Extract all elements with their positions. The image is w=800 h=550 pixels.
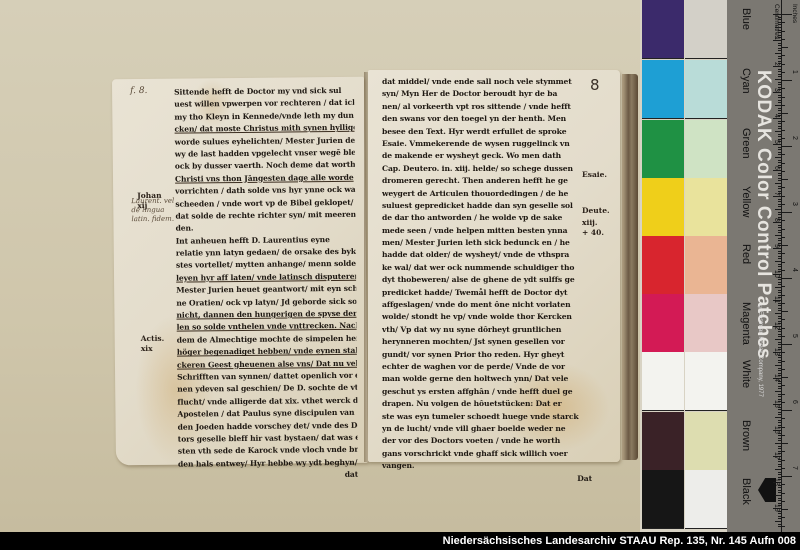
ruler-inch-tick xyxy=(782,196,785,197)
kodak-color-control-chart: BlueCyanGreenYellowRedMagentaWhiteBrownB… xyxy=(640,0,800,532)
ruler-cm-number: 12 xyxy=(773,322,780,330)
ruler-tick xyxy=(778,438,781,439)
margin-note-actis: Actis. xix xyxy=(141,334,165,354)
text-line: de dar tho antworden / he wolde vp de sa… xyxy=(382,212,592,224)
ruler-cm-number: 14 xyxy=(773,374,780,382)
ruler-inch-tick xyxy=(782,410,792,411)
text-line: der vor des Doctors voeten / vnde he wor… xyxy=(382,435,592,447)
ruler-inch-tick xyxy=(782,336,785,337)
ruler-tick xyxy=(778,282,781,283)
color-patch-red-dark xyxy=(642,236,684,295)
ruler-inch-number: 3 xyxy=(791,202,798,206)
color-patch-cyan-light xyxy=(685,60,727,119)
text-line: den hals entwey/ Hyr hebbe wy ydt beghyn… xyxy=(178,456,358,470)
chart-title: KODAK Color Control Patches xyxy=(752,70,774,359)
margin-note-johan: Johan xij xyxy=(137,191,162,211)
ruler-tick xyxy=(775,443,781,444)
ruler-tick xyxy=(778,487,781,488)
margin-note: Esaie. xyxy=(582,170,607,180)
ruler-inch-tick xyxy=(782,237,785,238)
ruler-tick xyxy=(778,186,781,187)
ruler-tick xyxy=(778,108,781,109)
ruler-tick xyxy=(773,248,781,249)
ruler-tick xyxy=(773,118,781,119)
text-line: geschut ys ersten affghân / vnde hefft d… xyxy=(382,386,592,398)
color-patch-brown-dark xyxy=(642,412,684,471)
ruler-tick xyxy=(775,53,781,54)
ruler-tick xyxy=(778,43,781,44)
ruler-inch-tick xyxy=(782,352,785,353)
ruler-inch-tick xyxy=(782,468,785,469)
ruler-inch-tick xyxy=(782,418,785,419)
patch-label: Red xyxy=(732,244,752,264)
ruler-tick xyxy=(778,258,781,259)
ruler-tick xyxy=(778,76,781,77)
ruler-tick xyxy=(775,157,781,158)
ruler-tick xyxy=(778,230,781,231)
ruler-tick xyxy=(778,256,781,257)
text-line: dat solde de rechte richter syn/ mit mee… xyxy=(175,209,355,223)
ruler-tick xyxy=(778,152,781,153)
ruler-tick xyxy=(778,102,781,103)
ruler-inch-tick xyxy=(782,319,785,320)
ruler-tick xyxy=(775,495,781,496)
ruler-inch-tick xyxy=(782,245,788,246)
text-line: wolde/ stondt he vp/ vnde wolde thor Ker… xyxy=(382,311,592,323)
ruler-inch-tick xyxy=(782,377,788,378)
ruler-inch-tick xyxy=(782,476,792,477)
ruler-tick xyxy=(778,370,781,371)
ruler-inch-tick xyxy=(782,179,788,180)
patch-label: Magenta xyxy=(732,302,752,345)
ruler-tick xyxy=(778,362,781,363)
ruler-tick xyxy=(778,56,781,57)
patch-label: Yellow xyxy=(732,186,752,217)
ruler-cm-number: 5 xyxy=(773,140,780,144)
color-patch-magenta-dark xyxy=(642,294,684,353)
ruler-tick xyxy=(775,79,781,80)
ruler-tick xyxy=(778,123,781,124)
color-patch-blue-light xyxy=(685,0,727,59)
ruler-tick xyxy=(778,334,781,335)
ruler-cm-number: 9 xyxy=(773,244,780,248)
ruler-cm-number: 8 xyxy=(773,218,780,222)
ruler-inch-tick xyxy=(782,509,788,510)
color-patch-magenta-light xyxy=(685,294,727,353)
ruler-inch-tick xyxy=(782,460,785,461)
text-line: dat xyxy=(178,469,358,483)
ruler-tick xyxy=(775,417,781,418)
text-line: herynneren mochten/ Jst synen gesellen v… xyxy=(382,336,592,348)
ruler-tick xyxy=(778,412,781,413)
book-fore-edge xyxy=(622,74,638,460)
chart-copyright: ©Eastman Kodak Company, 1977 xyxy=(757,305,763,397)
ruler-tick xyxy=(778,396,781,397)
ruler-inch-tick xyxy=(782,517,785,518)
ruler-inch-number: 6 xyxy=(791,400,798,404)
ruler-tick xyxy=(778,188,781,189)
ruler-inch-tick xyxy=(782,328,785,329)
ruler-inch-tick xyxy=(782,47,788,48)
ruler-tick xyxy=(778,284,781,285)
text-line: predicket hadde/ Twemål hefft de Doctor … xyxy=(382,287,592,299)
text-line: echter de waghen vor de perde/ Vnde de v… xyxy=(382,361,592,373)
ruler-tick xyxy=(775,365,781,366)
archive-caption: Niedersächsisches Landesarchiv STAAU Rep… xyxy=(0,532,800,550)
ruler-inch-tick xyxy=(782,154,785,155)
ruler-tick xyxy=(773,40,781,41)
ruler-tick xyxy=(778,518,781,519)
ruler-tick xyxy=(778,292,781,293)
ruler-cm-number: 16 xyxy=(773,426,780,434)
ruler-inch-tick xyxy=(782,286,785,287)
color-patch-red-light xyxy=(685,236,727,295)
text-line: ste was eyn tumeler schoedt huege vnde s… xyxy=(382,411,592,423)
ruler-label-inches: Inches xyxy=(791,4,798,23)
ruler-tick xyxy=(778,160,781,161)
ruler-cm-number: 13 xyxy=(773,348,780,356)
ruler-tick xyxy=(773,196,781,197)
color-patch-white-dark xyxy=(642,352,684,411)
ruler-tick xyxy=(778,310,781,311)
ruler-cm-number: 4 xyxy=(773,114,780,118)
ruler-inch-tick xyxy=(782,187,785,188)
ruler-tick xyxy=(775,235,781,236)
text-line: hadde dat older/ de wysheyt/ vnde de vth… xyxy=(382,249,592,261)
ruler-tick xyxy=(778,24,781,25)
ruler-cm-number: 15 xyxy=(773,400,780,408)
ruler-tick xyxy=(778,344,781,345)
text-line: dat middel/ vnde ende sall noch vele sty… xyxy=(382,76,592,88)
ruler-tick xyxy=(778,110,781,111)
ruler-tick xyxy=(778,240,781,241)
patch-label: Cyan xyxy=(732,68,752,94)
color-patch-black-dark xyxy=(642,470,684,529)
ruler-inch-tick xyxy=(782,204,785,205)
ruler-inch-tick xyxy=(782,394,785,395)
ruler-tick xyxy=(778,386,781,387)
ruler-tick xyxy=(778,128,781,129)
ruler-inch-tick xyxy=(782,212,792,213)
ruler-inch-tick xyxy=(782,369,785,370)
ruler-inch-tick xyxy=(782,451,785,452)
margin-note: + 40. xyxy=(582,228,604,238)
ruler-cm-number: 6 xyxy=(773,166,780,170)
ruler-inch-tick xyxy=(782,121,785,122)
ruler-tick xyxy=(778,227,781,228)
color-patch-green-light xyxy=(685,120,727,179)
left-page-text: Sittende hefft de Doctor my vnd sick sul… xyxy=(174,85,358,483)
ruler-tick xyxy=(778,48,781,49)
ruler-tick xyxy=(775,287,781,288)
ruler-tick xyxy=(778,524,781,525)
ruler-tick xyxy=(778,214,781,215)
ruler-tick xyxy=(778,388,781,389)
ruler-tick xyxy=(775,105,781,106)
text-line: suluest gepredicket hadde dan syn gesell… xyxy=(382,200,592,212)
text-line: dromeren gerecht. Then anderen hefft he … xyxy=(382,175,592,187)
ruler-tick xyxy=(778,173,781,174)
ruler-tick xyxy=(778,22,781,23)
ruler-inch-tick xyxy=(782,385,785,386)
ruler-inch-tick xyxy=(782,493,785,494)
ruler-tick xyxy=(778,336,781,337)
ruler-inch-tick xyxy=(782,72,785,73)
ruler-inch-tick xyxy=(782,295,785,296)
ruler-inch-tick xyxy=(782,270,785,271)
ruler-inch-tick xyxy=(782,311,788,312)
text-line: besee den Text. Hyr werdt erfullet de sp… xyxy=(382,126,592,138)
ruler-tick xyxy=(778,253,781,254)
color-patch-brown-light xyxy=(685,412,727,471)
folio-mark-handwritten: f. 8. xyxy=(130,87,147,96)
ruler-tick xyxy=(775,209,781,210)
margin-note-text: Actis. xyxy=(141,334,165,344)
ruler-tick xyxy=(778,17,781,18)
ruler-inch-number: 2 xyxy=(791,136,798,140)
ruler-tick xyxy=(773,14,781,15)
open-book: f. 8. Laurent. vel de lingua latin. fide… xyxy=(110,66,640,466)
text-line: vth/ Vp dat wy nu syne dôrheyt gruntlich… xyxy=(382,324,592,336)
text-line: de makende er wysheyt geck. Wo men dath xyxy=(382,150,592,162)
ruler-tick xyxy=(778,30,781,31)
ruler-tick xyxy=(778,95,781,96)
ruler-tick xyxy=(773,92,781,93)
patch-label: White xyxy=(732,360,752,388)
ruler-tick xyxy=(778,422,781,423)
ruler-inch-tick xyxy=(782,88,785,89)
ruler-tick xyxy=(778,212,781,213)
ruler-tick xyxy=(778,154,781,155)
color-patch-yellow-light xyxy=(685,178,727,237)
ruler-tick xyxy=(778,461,781,462)
ruler-inch-tick xyxy=(782,402,785,403)
ruler-inch-tick xyxy=(782,22,785,23)
text-line: Cap. Deutero. in. xiij. helde/ so schege… xyxy=(382,163,592,175)
ruler-inch-tick xyxy=(782,64,785,65)
text-line: yn de lucht/ vnde vill ghaer boelde wede… xyxy=(382,423,592,435)
ruler-tick xyxy=(778,440,781,441)
ruler-tick xyxy=(775,339,781,340)
ruler-inch-tick xyxy=(782,80,792,81)
text-line: gans vorschrickt vnde ghaff sick willich… xyxy=(382,448,592,460)
ruler-tick xyxy=(775,183,781,184)
ruler-tick xyxy=(778,308,781,309)
ruler-tick xyxy=(778,446,781,447)
ruler-inch-tick xyxy=(782,171,785,172)
ruler-tick xyxy=(778,134,781,135)
ruler-tick xyxy=(778,225,781,226)
color-patch-black-light xyxy=(685,470,727,529)
color-patch-yellow-dark xyxy=(642,178,684,237)
ruler-tick xyxy=(778,32,781,33)
ruler-tick xyxy=(778,232,781,233)
ruler-tick xyxy=(778,409,781,410)
ruler-inch-tick xyxy=(782,55,785,56)
ruler-tick xyxy=(778,206,781,207)
ruler-tick xyxy=(778,318,781,319)
ruler-tick xyxy=(778,19,781,20)
ruler-inch-tick xyxy=(782,31,785,32)
left-page: f. 8. Laurent. vel de lingua latin. fide… xyxy=(112,77,368,466)
ruler-tick xyxy=(778,492,781,493)
ruler-tick xyxy=(778,45,781,46)
color-patch-cyan-dark xyxy=(642,60,684,119)
ruler-tick xyxy=(775,261,781,262)
ruler-inch-tick xyxy=(782,14,792,15)
ruler-inch-tick xyxy=(782,229,785,230)
ruler-tick xyxy=(778,58,781,59)
ruler-tick xyxy=(775,391,781,392)
text-line: Dat xyxy=(382,473,592,485)
ruler-inch-tick xyxy=(782,427,785,428)
ruler-inch-tick xyxy=(782,130,785,131)
ruler-inch-tick xyxy=(782,344,792,345)
ruler-tick xyxy=(778,500,781,501)
ruler-tick xyxy=(778,420,781,421)
right-page: 8 dat middel/ vnde ende sall noch vele s… xyxy=(368,70,620,462)
ruler-tick xyxy=(778,305,781,306)
ruler-tick xyxy=(778,360,781,361)
text-line: men/ Mester Jurien leth sick bedunck en … xyxy=(382,237,592,249)
ruler-tick xyxy=(778,279,781,280)
ruler-tick xyxy=(778,516,781,517)
ruler-inch-tick xyxy=(782,253,785,254)
ruler-cm-number: 19 xyxy=(773,504,780,512)
text-line: ke wal/ dat wer ock nummende schuldiger … xyxy=(382,262,592,274)
ruler-tick xyxy=(778,526,781,527)
ruler-tick xyxy=(778,178,781,179)
ruler-tick xyxy=(778,147,781,148)
ruler-tick xyxy=(778,175,781,176)
ruler-tick xyxy=(775,27,781,28)
ruler-inch-tick xyxy=(782,163,785,164)
ruler-tick xyxy=(778,84,781,85)
text-line: drapen. Nu volgen de hôuetstücken: Dat e… xyxy=(382,398,592,410)
ruler-tick xyxy=(778,126,781,127)
ruler-inch-tick xyxy=(782,435,785,436)
text-line: Esaie. Vmmekerende de wysen ruggelinck v… xyxy=(382,138,592,150)
ruler-tick xyxy=(778,266,781,267)
patch-label: Black xyxy=(732,478,752,505)
text-line: dyt thobeweren/ alse de ghene de ydt sul… xyxy=(382,274,592,286)
ruler-tick xyxy=(778,136,781,137)
ruler-tick xyxy=(778,97,781,98)
ruler-tick xyxy=(778,368,781,369)
ruler-inch-tick xyxy=(782,97,785,98)
ruler-tick xyxy=(778,331,781,332)
ruler-tick xyxy=(778,199,781,200)
ruler-tick xyxy=(778,149,781,150)
text-line: gundt/ vor synen Prior tho reden. Hyr gh… xyxy=(382,349,592,361)
ruler-inch-number: 4 xyxy=(791,268,798,272)
ruler-cm-number: 10 xyxy=(773,270,780,278)
ruler-tick xyxy=(775,313,781,314)
margin-note: Deute. xyxy=(582,206,610,216)
ruler-tick xyxy=(773,170,781,171)
ruler-tick xyxy=(778,513,781,514)
ruler-inch-tick xyxy=(782,443,788,444)
ruler-tick xyxy=(778,316,781,317)
ruler-inch-tick xyxy=(782,146,792,147)
ruler-tick xyxy=(773,144,781,145)
ruler-tick xyxy=(778,448,781,449)
ruler-tick xyxy=(778,204,781,205)
ruler-tick xyxy=(778,490,781,491)
ruler-inch-number: 5 xyxy=(791,334,798,338)
ruler-inch-tick xyxy=(782,501,785,502)
margin-note-sub: xij xyxy=(137,201,161,211)
patch-label: Blue xyxy=(732,8,752,30)
ruler-tick xyxy=(778,342,781,343)
ruler-tick xyxy=(778,474,781,475)
ruler-tick xyxy=(778,394,781,395)
ruler-tick xyxy=(778,121,781,122)
text-line: weygert de Articulen thouordedingen / de… xyxy=(382,188,592,200)
ruler-tick xyxy=(778,162,781,163)
ruler-tick xyxy=(778,69,781,70)
ruler-inch-number: 1 xyxy=(791,70,798,74)
ruler-tick xyxy=(778,82,781,83)
ruler-tick xyxy=(778,498,781,499)
ruler-tick xyxy=(778,100,781,101)
ruler-tick xyxy=(773,222,781,223)
text-line: man wolde gerne den holtwech ynn/ Dat ve… xyxy=(382,373,592,385)
ruler-inch-tick xyxy=(782,220,785,221)
color-patch-blue-dark xyxy=(642,0,684,59)
ruler-tick xyxy=(775,521,781,522)
ruler-tick xyxy=(778,180,781,181)
text-line: den swans vor den toegel yn der henth. M… xyxy=(382,113,592,125)
ruler-cm-number: 1 xyxy=(773,36,780,40)
ruler-inch-tick xyxy=(782,105,785,106)
ruler-inch-tick xyxy=(782,138,785,139)
text-line: vangen. xyxy=(382,460,592,472)
ruler-tick xyxy=(778,290,781,291)
ruler-tick xyxy=(778,357,781,358)
ruler-tick xyxy=(778,201,781,202)
text-line: nen/ al vorkeerth vpt ros sittende / vnd… xyxy=(382,101,592,113)
ruler-tick xyxy=(775,469,781,470)
patch-label: Brown xyxy=(732,420,752,451)
ruler-tick xyxy=(778,71,781,72)
ruler-inch-tick xyxy=(782,278,792,279)
ruler-tick xyxy=(778,251,781,252)
ruler-tick xyxy=(778,74,781,75)
ruler-tick xyxy=(778,50,781,51)
color-patch-white-light xyxy=(685,352,727,411)
ruler-cm-number: 11 xyxy=(773,296,780,303)
margin-note-sub: xix xyxy=(141,344,165,354)
text-line: syn/ Myn Her de Doctor beroudt hyr de ba xyxy=(382,88,592,100)
ruler-tick xyxy=(773,66,781,67)
note-line: latin. fidem. xyxy=(131,215,174,224)
ruler-cm-number: 18 xyxy=(773,478,780,486)
ruler-cm-number: 17 xyxy=(773,452,780,460)
patch-label: Green xyxy=(732,128,752,159)
ruler-tick xyxy=(778,466,781,467)
text-line: affgeslagen/ vnde do ment ône nicht vorl… xyxy=(382,299,592,311)
ruler-tick xyxy=(778,472,781,473)
ruler-tick xyxy=(778,435,781,436)
ruler-tick xyxy=(778,238,781,239)
margin-note: xiij. xyxy=(582,218,598,228)
ruler-tick xyxy=(778,414,781,415)
ruler-inch-tick xyxy=(782,361,785,362)
ruler-tick xyxy=(778,264,781,265)
ruler-inch-tick xyxy=(782,303,785,304)
ruler-tick xyxy=(778,383,781,384)
